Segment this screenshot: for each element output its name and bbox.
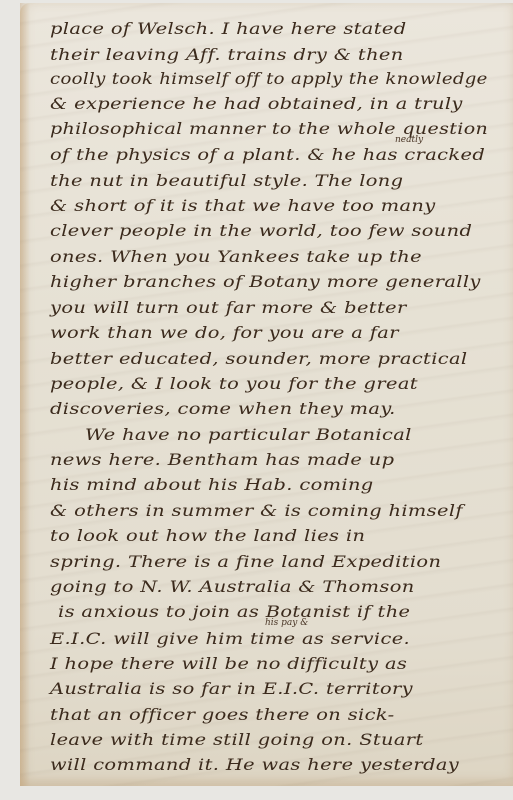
text-line: coolly took himself off to apply the kno… [50, 70, 488, 88]
text-line: better educated, sounder, more practical [50, 350, 468, 368]
text-line: leave with time still going on. Stuart [50, 731, 424, 749]
text-line: I hope there will be no difficulty as [50, 655, 407, 673]
text-line: ones. When you Yankees take up the [50, 248, 422, 266]
text-line: news here. Bentham has made up [50, 451, 394, 469]
text-line: discoveries, come when they may. [50, 400, 396, 418]
text-line: is anxious to join as Botanist if the [58, 603, 410, 621]
text-line: & short of it is that we have too many [50, 197, 436, 215]
text-line: the nut in beautiful style. The long [50, 172, 403, 190]
text-line: higher branches of Botany more generally [50, 273, 481, 291]
text-line: E.I.C. will give him time as service. [50, 630, 410, 648]
text-line: their leaving Aff. trains dry & then [50, 46, 404, 64]
text-line: Australia is so far in E.I.C. territory [50, 680, 413, 698]
text-line: going to N. W. Australia & Thomson [50, 578, 415, 596]
text-line: his mind about his Hab. coming [50, 476, 374, 494]
text-line: that an officer goes there on sick- [50, 706, 395, 724]
text-line: will command it. He was here yesterday [50, 756, 459, 774]
text-line: We have no particular Botanical [85, 426, 412, 444]
interlinear-insertion: neatly [395, 135, 423, 145]
text-line: to look out how the land lies in [50, 527, 365, 545]
text-line: clever people in the world, too few soun… [50, 222, 472, 240]
text-line: work than we do, for you are a far [50, 324, 399, 342]
text-line: & experience he had obtained, in a truly [50, 95, 463, 113]
text-line: you will turn out far more & better [50, 299, 407, 317]
text-line: of the physics of a plant. & he has crac… [50, 146, 485, 164]
text-line: & others in summer & is coming himself [50, 502, 463, 520]
text-line: place of Welsch. I have here stated [50, 20, 407, 38]
text-line: people, & I look to you for the great [50, 375, 418, 393]
interlinear-insertion: his pay & [265, 618, 308, 628]
text-line: spring. There is a fine land Expedition [50, 553, 441, 571]
